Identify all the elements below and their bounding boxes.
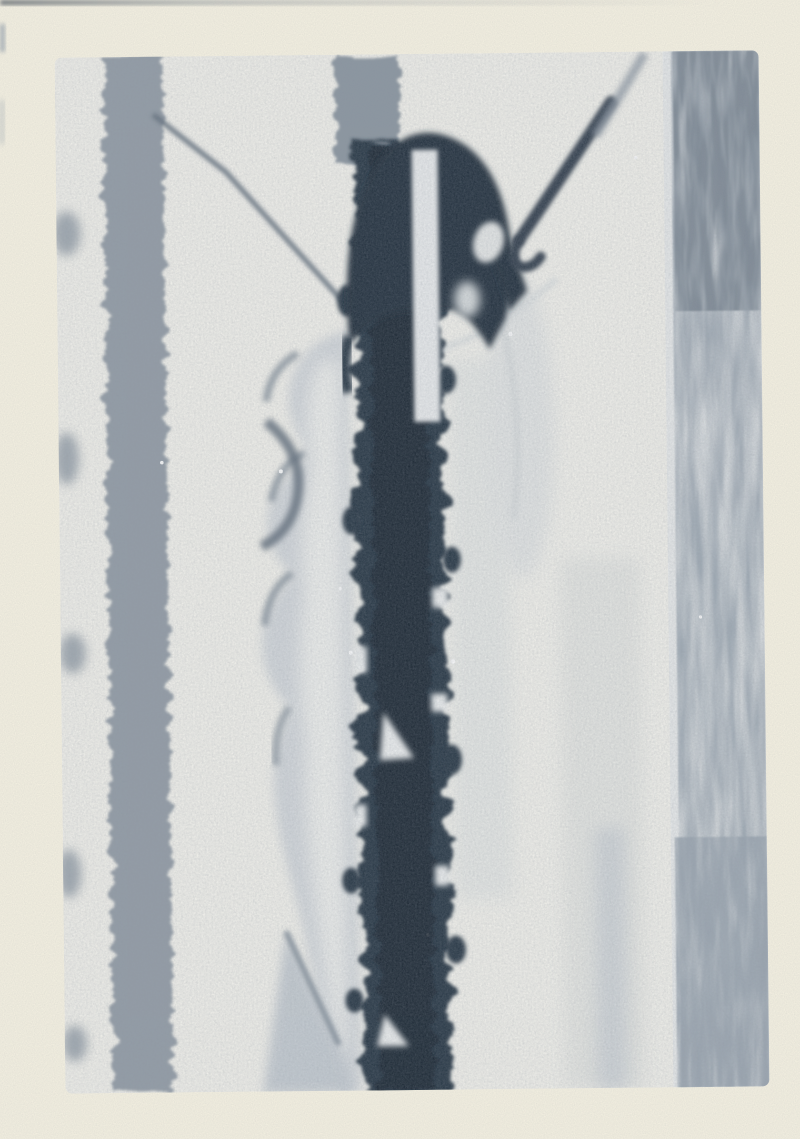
photo-artwork bbox=[0, 0, 800, 1139]
scanned-photo-page bbox=[0, 0, 800, 1139]
film-grain-overlay bbox=[0, 0, 800, 1139]
